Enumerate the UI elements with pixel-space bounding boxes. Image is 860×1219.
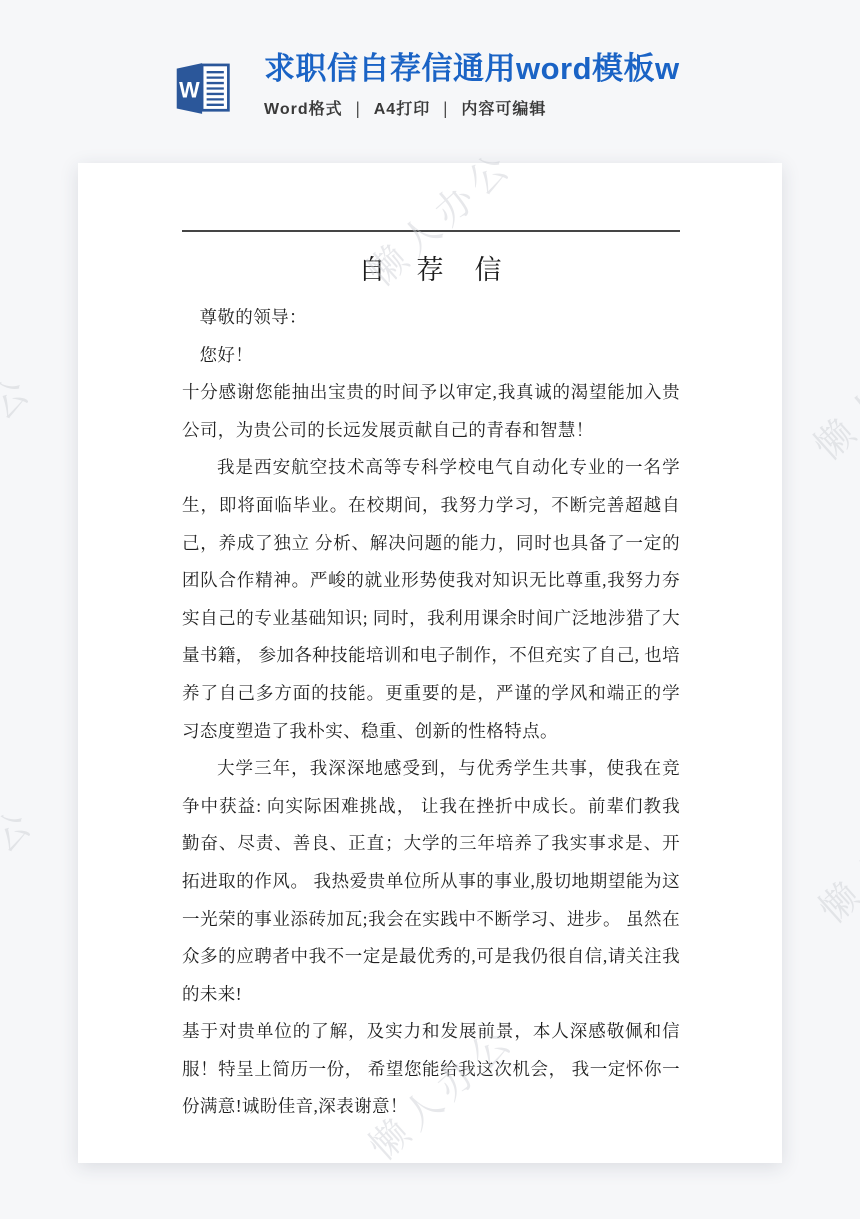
document-page: 自 荐 信 尊敬的领导： 您好！ 十分感谢您能抽出宝贵的时间予以审定,我真诚的渴… xyxy=(78,163,782,1163)
paragraph: 大学三年，我深深地感受到，与优秀学生共事，使我在竞争中获益: 向实际困难挑战， … xyxy=(182,750,680,1013)
watermark-text: 懒人办公 xyxy=(0,792,45,953)
word-logo-letter: W xyxy=(179,78,200,103)
word-logo-icon: W xyxy=(174,60,232,117)
attribute-separator: | xyxy=(443,100,448,120)
page-title: 求职信自荐信通用word模板w xyxy=(264,50,680,88)
attribute-a4-print: A4打印 xyxy=(374,101,430,118)
header-text: 求职信自荐信通用word模板w Word格式|A4打印|内容可编辑 xyxy=(264,50,680,119)
template-attributes: Word格式|A4打印|内容可编辑 xyxy=(264,96,680,119)
attribute-word-format: Word格式 xyxy=(264,101,343,118)
watermark-text: 懒人办公 xyxy=(805,772,860,933)
paragraph: 我是西安航空技术高等专科学校电气自动化专业的一名学生，即将面临毕业。在校期间，我… xyxy=(182,449,680,750)
header: W 求职信自荐信通用word模板w Word格式|A4打印|内容可编辑 xyxy=(0,0,860,150)
document-title: 自 荐 信 xyxy=(182,248,680,287)
attribute-separator: | xyxy=(356,100,361,120)
watermark-text: 懒人办公 xyxy=(800,309,860,470)
watermark-text: 懒人办公 xyxy=(0,359,43,520)
template-preview-page: W 求职信自荐信通用word模板w Word格式|A4打印|内容可编辑 自 荐 … xyxy=(0,0,860,1219)
header-rule xyxy=(182,230,680,232)
paragraph: 基于对贵单位的了解，及实力和发展前景，本人深感敬佩和信服！特呈上简历一份， 希望… xyxy=(182,1013,680,1126)
attribute-editable: 内容可编辑 xyxy=(461,101,546,118)
salutation-line: 您好！ xyxy=(182,337,680,375)
greeting-line: 尊敬的领导： xyxy=(182,299,680,337)
paragraph: 十分感谢您能抽出宝贵的时间予以审定,我真诚的渴望能加入贵公司，为贵公司的长远发展… xyxy=(182,374,680,449)
